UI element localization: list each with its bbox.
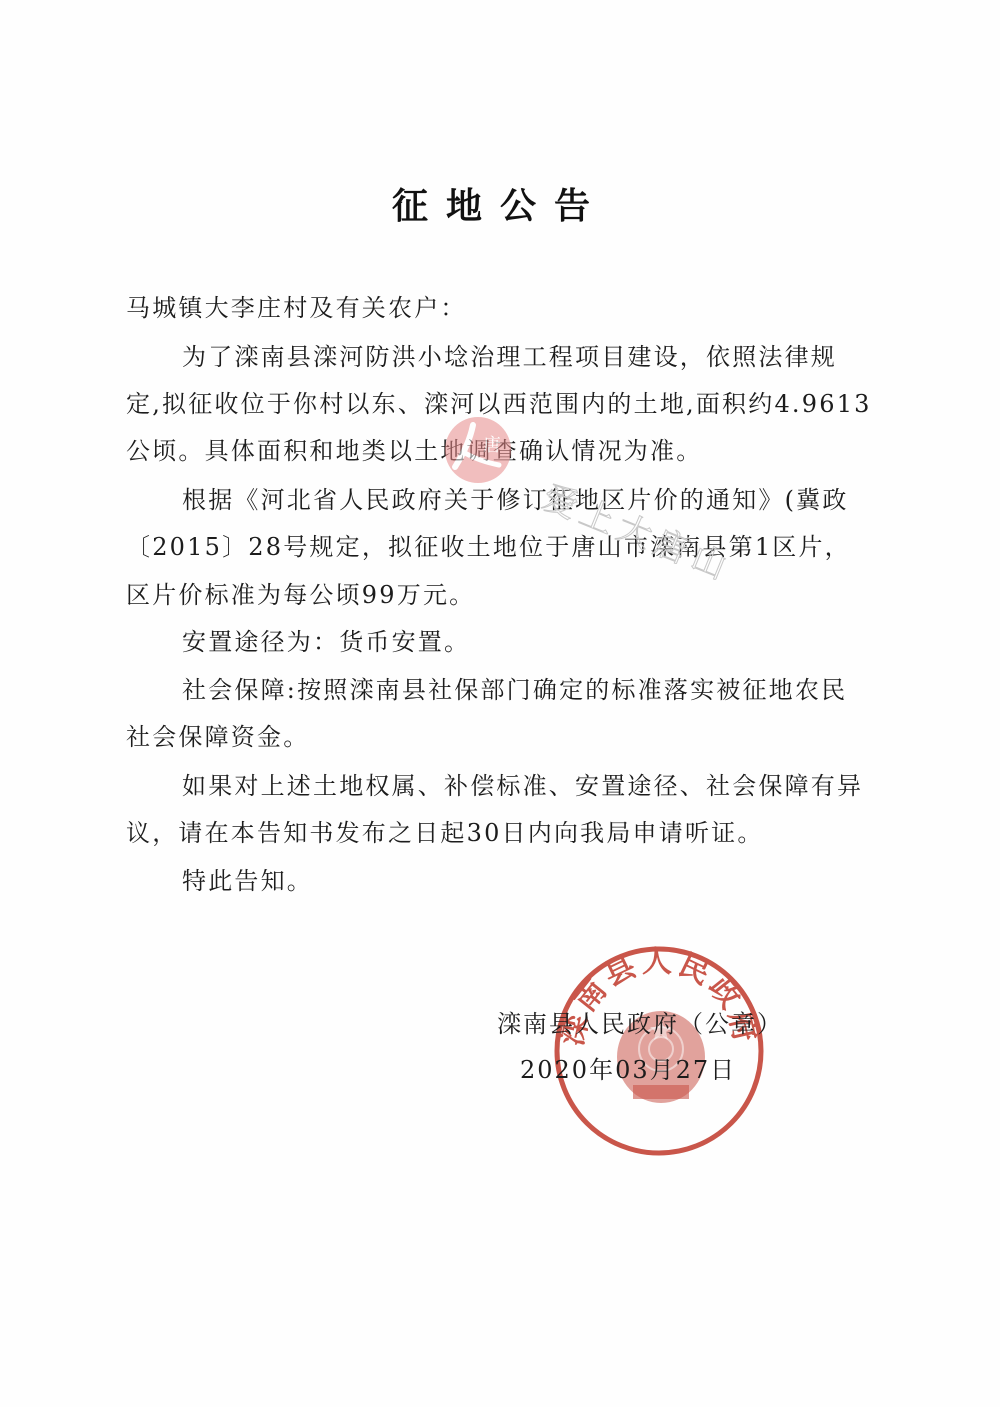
paragraph-4-line-1: 社会保障:按照滦南县社保部门确定的标准落实被征地农民 xyxy=(182,670,847,705)
document-title: 征地公告 xyxy=(0,178,1000,229)
issue-date: 2020年03月27日 xyxy=(520,1050,736,1085)
paragraph-1-line-1: 为了滦南县滦河防洪小埝治理工程项目建设，依照法律规 xyxy=(182,337,837,372)
paragraph-2-line-2: 〔2015〕28号规定，拟征收土地位于唐山市滦南县第1区片， xyxy=(126,527,851,562)
paragraph-1-line-3: 公顷。具体面积和地类以土地调查确认情况为准。 xyxy=(126,431,702,466)
paragraph-6-line-1: 特此告知。 xyxy=(182,861,313,896)
paragraph-4-line-2: 社会保障资金。 xyxy=(126,717,309,752)
watermark-logo-icon: 唐 xyxy=(443,415,513,485)
paragraph-2-line-3: 区片价标准为每公顷99万元。 xyxy=(126,575,475,610)
issuer-name: 滦南县人民政府（公章） xyxy=(497,1004,783,1039)
paragraph-5-line-1: 如果对上述土地权属、补偿标准、安置途径、社会保障有异 xyxy=(182,766,863,801)
document-page: 征地公告 马城镇大李庄村及有关农户： 为了滦南县滦河防洪小埝治理工程项目建设，依… xyxy=(0,0,1000,1407)
paragraph-2-line-1: 根据《河北省人民政府关于修订征地区片价的通知》(冀政 xyxy=(182,480,849,515)
paragraph-5-line-2: 议，请在本告知书发布之日起30日内向我局申请听证。 xyxy=(126,813,764,848)
svg-text:唐: 唐 xyxy=(483,435,501,456)
paragraph-3-line-1: 安置途径为：货币安置。 xyxy=(182,622,470,657)
paragraph-1-line-2: 定,拟征收位于你村以东、滦河以西范围内的土地,面积约4.9613 xyxy=(126,384,872,419)
addressee: 马城镇大李庄村及有关农户： xyxy=(126,288,467,323)
